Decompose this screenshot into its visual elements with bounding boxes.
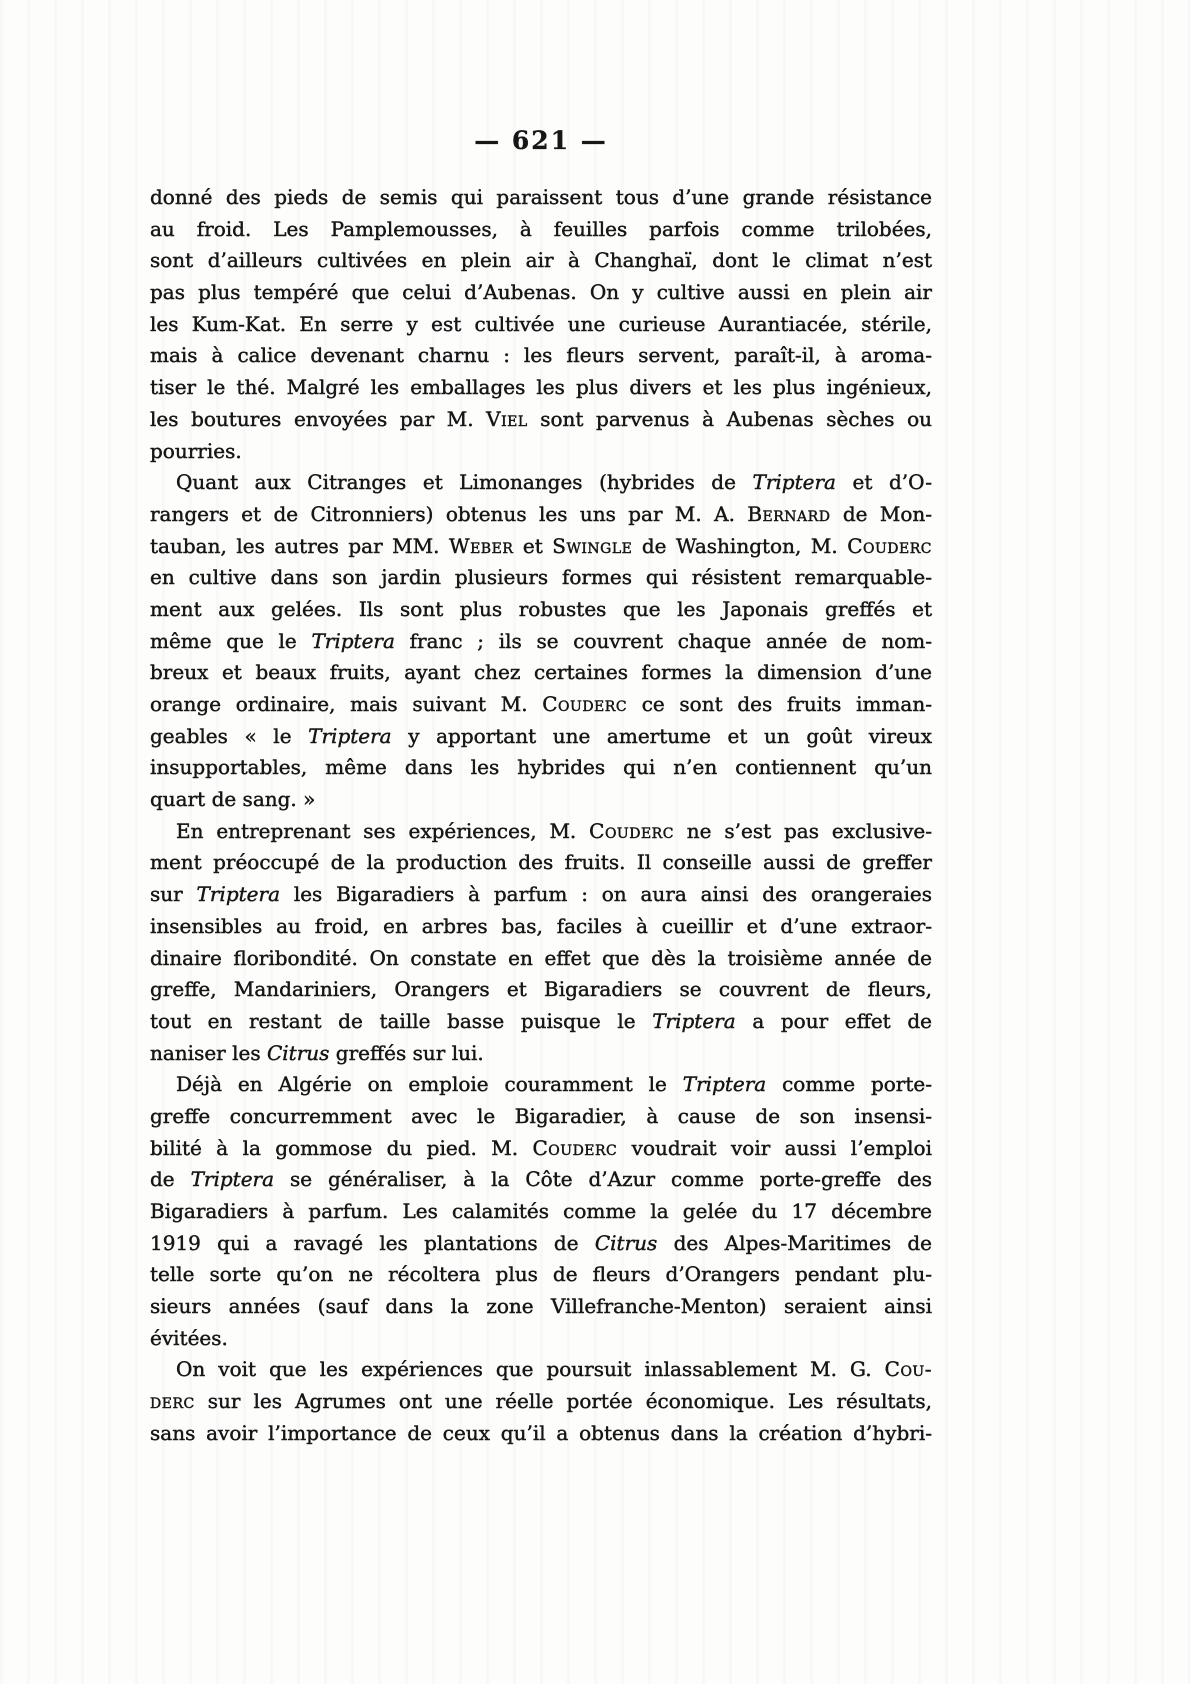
- text-line: tout en restant de taille basse puisque …: [150, 1006, 932, 1038]
- text-line: En entreprenant ses expériences, M. Coud…: [150, 816, 932, 848]
- paragraph: donné des pieds de semis qui paraissent …: [150, 182, 932, 467]
- text-line: insupportables, même dans les hybrides q…: [150, 752, 932, 784]
- text-segment: Triptera: [191, 1167, 274, 1191]
- text-segment: Triptera: [683, 1072, 766, 1096]
- text-segment: Swingle: [552, 534, 632, 558]
- text-segment: 1919 qui a ravagé les plantations de: [150, 1231, 595, 1255]
- text-segment: des Alpes-Maritimes de: [657, 1231, 932, 1255]
- text-line: en cultive dans son jardin plusieurs for…: [150, 562, 932, 594]
- text-line: 1919 qui a ravagé les plantations de Cit…: [150, 1228, 932, 1260]
- text-segment: Couderc: [847, 534, 932, 558]
- text-segment: en cultive dans son jardin plusieurs for…: [150, 565, 932, 589]
- text-segment: quart de sang. »: [150, 787, 315, 811]
- text-segment: Triptera: [652, 1009, 735, 1033]
- text-line: Bigaradiers à parfum. Les calamités comm…: [150, 1196, 932, 1228]
- text-segment: Bernard: [747, 502, 830, 526]
- text-segment: de Washington, M.: [632, 534, 847, 558]
- text-line: Déjà en Algérie on emploie couramment le…: [150, 1069, 932, 1101]
- text-segment: Weber: [449, 534, 513, 558]
- text-segment: y apportant une amertume et un goût vire…: [392, 724, 932, 748]
- text-segment: Bigaradiers à parfum. Les calamités comm…: [150, 1199, 932, 1223]
- text-segment: ment aux gelées. Ils sont plus robustes …: [150, 597, 932, 621]
- text-line: naniser les Citrus greffés sur lui.: [150, 1038, 932, 1070]
- text-segment: sur: [150, 882, 197, 906]
- text-segment: mais à calice devenant charnu : les fleu…: [150, 343, 932, 367]
- paragraph: On voit que les expériences que poursuit…: [150, 1354, 932, 1449]
- text-line: évitées.: [150, 1323, 932, 1355]
- text-segment: tauban, les autres par MM.: [150, 534, 449, 558]
- text-line: greffe, Mandariniers, Orangers et Bigara…: [150, 974, 932, 1006]
- text-line: geables « le Triptera y apportant une am…: [150, 721, 932, 753]
- text-segment: et d’O-: [836, 470, 932, 494]
- text-segment: On voit que les expériences que poursuit…: [176, 1357, 885, 1381]
- text-segment: de Mon-: [830, 502, 932, 526]
- text-segment: franc ; ils se couvrent chaque année de …: [395, 629, 932, 653]
- text-line: mais à calice devenant charnu : les fleu…: [150, 340, 932, 372]
- text-segment: Cou-: [885, 1357, 932, 1381]
- text-segment: se généraliser, à la Côte d’Azur comme p…: [274, 1167, 932, 1191]
- text-segment: bilité à la gommose du pied. M.: [150, 1136, 532, 1160]
- text-segment: geables « le: [150, 724, 308, 748]
- text-line: bilité à la gommose du pied. M. Couderc …: [150, 1133, 932, 1165]
- text-line: les boutures envoyées par M. Viel sont p…: [150, 404, 932, 436]
- text-line: tiser le thé. Malgré les emballages les …: [150, 372, 932, 404]
- text-line: sur Triptera les Bigaradiers à parfum : …: [150, 879, 932, 911]
- text-line: greffe concurremment avec le Bigaradier,…: [150, 1101, 932, 1133]
- text-segment: derc: [150, 1389, 195, 1413]
- text-segment: Triptera: [753, 470, 836, 494]
- text-segment: et: [513, 534, 552, 558]
- text-segment: a pour effet de: [736, 1009, 932, 1033]
- text-segment: ment préoccupé de la production des frui…: [150, 850, 932, 874]
- text-segment: Couderc: [532, 1136, 617, 1160]
- text-segment: Viel: [486, 407, 528, 431]
- text-segment: Triptera: [308, 724, 391, 748]
- text-segment: sur les Agrumes ont une réelle portée éc…: [195, 1389, 932, 1413]
- text-line: On voit que les expériences que poursuit…: [150, 1354, 932, 1386]
- paragraph: En entreprenant ses expériences, M. Coud…: [150, 816, 932, 1070]
- text-segment: sieurs années (sauf dans la zone Villefr…: [150, 1294, 932, 1318]
- text-segment: insensibles au froid, en arbres bas, fac…: [150, 914, 932, 938]
- text-segment: greffe concurremment avec le Bigaradier,…: [150, 1104, 932, 1128]
- text-segment: sont d’ailleurs cultivées en plein air à…: [150, 248, 932, 272]
- text-line: de Triptera se généraliser, à la Côte d’…: [150, 1164, 932, 1196]
- text-segment: greffés sur lui.: [329, 1041, 483, 1065]
- text-line: telle sorte qu’on ne récoltera plus de f…: [150, 1259, 932, 1291]
- text-line: au froid. Les Pamplemousses, à feuilles …: [150, 214, 932, 246]
- text-segment: Citrus: [267, 1041, 329, 1065]
- text-segment: rangers et de Citronniers) obtenus les u…: [150, 502, 747, 526]
- text-segment: breux et beaux fruits, ayant chez certai…: [150, 660, 932, 684]
- text-segment: dinaire floribondité. On constate en eff…: [150, 946, 932, 970]
- text-segment: Citrus: [595, 1231, 657, 1255]
- text-segment: naniser les: [150, 1041, 267, 1065]
- text-line: derc sur les Agrumes ont une réelle port…: [150, 1386, 932, 1418]
- text-segment: telle sorte qu’on ne récoltera plus de f…: [150, 1262, 932, 1286]
- text-segment: Triptera: [197, 882, 280, 906]
- text-segment: tout en restant de taille basse puisque …: [150, 1009, 652, 1033]
- text-segment: Couderc: [589, 819, 674, 843]
- text-segment: Déjà en Algérie on emploie couramment le: [176, 1072, 683, 1096]
- text-segment: orange ordinaire, mais suivant M.: [150, 692, 542, 716]
- text-segment: même que le: [150, 629, 311, 653]
- text-segment: tiser le thé. Malgré les emballages les …: [150, 375, 932, 399]
- text-line: rangers et de Citronniers) obtenus les u…: [150, 499, 932, 531]
- text-segment: ce sont des fruits imman-: [627, 692, 932, 716]
- text-segment: Triptera: [311, 629, 394, 653]
- text-segment: les Kum-Kat. En serre y est cultivée une…: [150, 312, 932, 336]
- text-segment: sans avoir l’importance de ceux qu’il a …: [150, 1421, 932, 1445]
- text-line: ment aux gelées. Ils sont plus robustes …: [150, 594, 932, 626]
- text-segment: En entreprenant ses expériences, M.: [176, 819, 589, 843]
- page-number: — 621 —: [150, 126, 932, 155]
- text-line: donné des pieds de semis qui paraissent …: [150, 182, 932, 214]
- text-segment: pas plus tempéré que celui d’Aubenas. On…: [150, 280, 932, 304]
- text-segment: au froid. Les Pamplemousses, à feuilles …: [150, 217, 932, 241]
- text-segment: donné des pieds de semis qui paraissent …: [150, 185, 932, 209]
- text-line: orange ordinaire, mais suivant M. Couder…: [150, 689, 932, 721]
- text-segment: ne s’est pas exclusive-: [674, 819, 932, 843]
- text-line: tauban, les autres par MM. Weber et Swin…: [150, 531, 932, 563]
- text-segment: évitées.: [150, 1326, 228, 1350]
- text-segment: sont parvenus à Aubenas sèches ou: [528, 407, 932, 431]
- text-segment: de: [150, 1167, 191, 1191]
- text-segment: Quant aux Citranges et Limonanges (hybri…: [176, 470, 753, 494]
- paragraph: Quant aux Citranges et Limonanges (hybri…: [150, 467, 932, 816]
- text-line: breux et beaux fruits, ayant chez certai…: [150, 657, 932, 689]
- text-segment: insupportables, même dans les hybrides q…: [150, 755, 932, 779]
- text-line: pourries.: [150, 436, 932, 468]
- text-line: dinaire floribondité. On constate en eff…: [150, 943, 932, 975]
- text-line: Quant aux Citranges et Limonanges (hybri…: [150, 467, 932, 499]
- text-line: sieurs années (sauf dans la zone Villefr…: [150, 1291, 932, 1323]
- text-segment: voudrait voir aussi l’emploi: [617, 1136, 932, 1160]
- text-segment: les boutures envoyées par M.: [150, 407, 486, 431]
- text-segment: greffe, Mandariniers, Orangers et Bigara…: [150, 977, 932, 1001]
- text-line: sans avoir l’importance de ceux qu’il a …: [150, 1418, 932, 1450]
- text-line: ment préoccupé de la production des frui…: [150, 847, 932, 879]
- text-segment: les Bigaradiers à parfum : on aura ainsi…: [280, 882, 932, 906]
- text-line: les Kum-Kat. En serre y est cultivée une…: [150, 309, 932, 341]
- text-block: donné des pieds de semis qui paraissent …: [150, 182, 932, 1450]
- text-line: quart de sang. »: [150, 784, 932, 816]
- text-line: insensibles au froid, en arbres bas, fac…: [150, 911, 932, 943]
- text-segment: Couderc: [542, 692, 627, 716]
- paragraph: Déjà en Algérie on emploie couramment le…: [150, 1069, 932, 1354]
- text-line: pas plus tempéré que celui d’Aubenas. On…: [150, 277, 932, 309]
- text-line: même que le Triptera franc ; ils se couv…: [150, 626, 932, 658]
- text-line: sont d’ailleurs cultivées en plein air à…: [150, 245, 932, 277]
- text-segment: pourries.: [150, 439, 242, 463]
- text-segment: comme porte-: [766, 1072, 932, 1096]
